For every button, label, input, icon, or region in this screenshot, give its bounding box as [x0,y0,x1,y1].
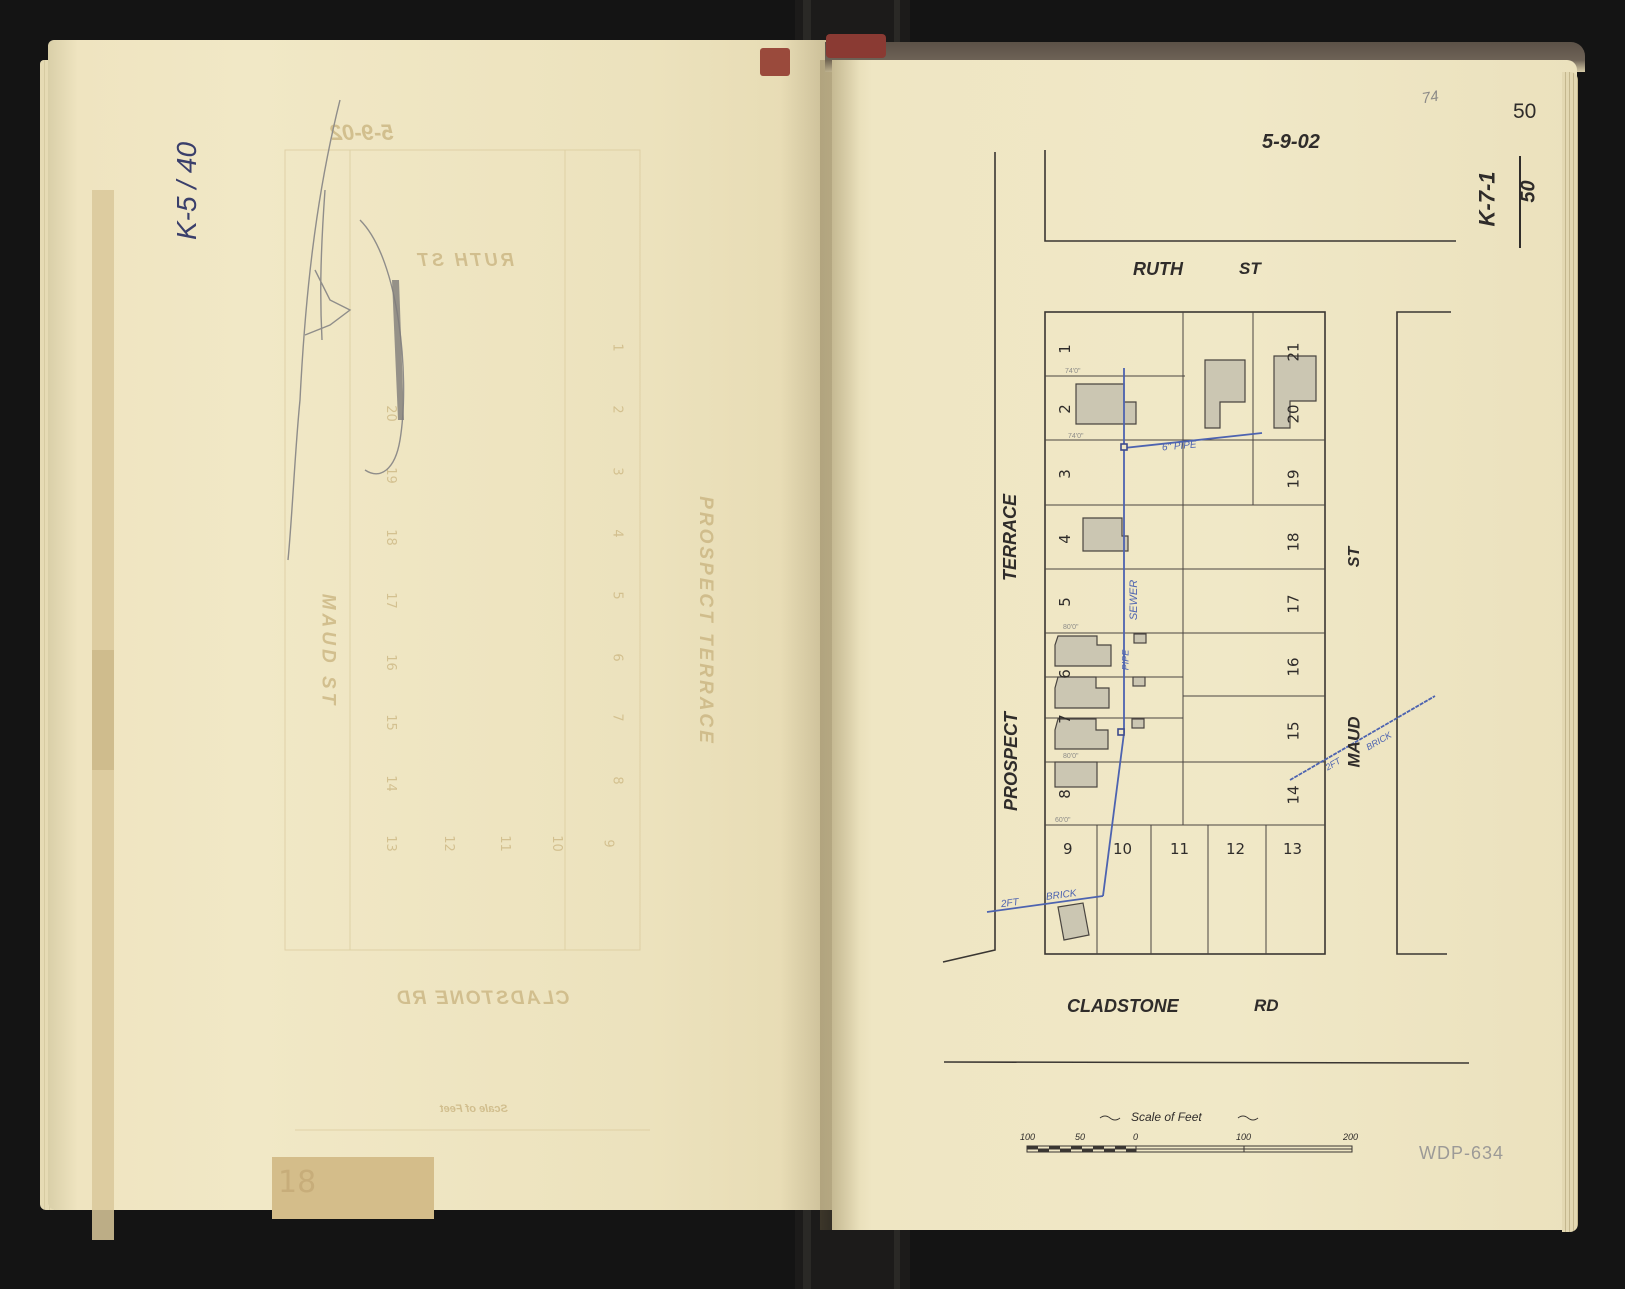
lot-number: 8 [1056,789,1074,799]
street-prospect: PROSPECT [1001,712,1022,811]
pipe-lower-label: PIPE [1120,650,1130,671]
street-cladstone: CLADSTONE [1067,996,1179,1017]
lot-number: 13 [1283,840,1302,858]
sheet-ref-numerator: K-7-1 [1475,171,1501,226]
street-ruth-suffix: ST [1239,259,1261,279]
lot-number: 7 [1056,714,1074,724]
street-cladstone-suffix: RD [1254,996,1279,1016]
lot-number: 2 [1056,404,1074,414]
plat-linework [0,0,1625,1289]
dimension-note: 74'0" [1065,368,1081,375]
lot-number: 15 [1285,721,1303,740]
pencil-sketch [288,100,404,560]
scale-tick-label: 100 [1236,1132,1251,1142]
lot-number: 12 [1226,840,1245,858]
ghost-frame [285,150,650,1130]
scale-bar [1027,1146,1352,1152]
street-ruth: RUTH [1133,259,1183,280]
scale-tick-label: 50 [1075,1132,1085,1142]
manholes [1118,444,1127,735]
street-terrace: TERRACE [1000,494,1021,581]
lot-number: 21 [1285,342,1303,361]
page-number: 50 [1513,100,1536,124]
plat-date: 5-9-02 [1262,131,1320,154]
sheet-ref-denominator: 50 [1518,180,1541,202]
street-lines [943,150,1469,1063]
archive-id: WDP-634 [1419,1143,1504,1164]
lot-number: 1 [1056,344,1074,354]
scale-tick-label: 0 [1133,1132,1138,1142]
sewer-label: SEWER [1128,580,1140,620]
street-maud-suffix: ST [1346,547,1364,567]
dimension-note: 80'0" [1063,624,1079,631]
lot-number: 9 [1063,840,1073,858]
dimension-note: 74'0" [1068,433,1084,440]
scale-tick-label: 200 [1343,1132,1358,1142]
lot-number: 11 [1170,840,1189,858]
street-maud: MAUD [1345,717,1365,768]
lot-number: 19 [1285,469,1303,488]
scale-title: Scale of Feet [1131,1110,1202,1124]
lot-number: 4 [1056,534,1074,544]
lot-number: 18 [1285,532,1303,551]
brick-left-size: 2FT [1000,897,1019,910]
dimension-note: 60'0" [1055,817,1071,824]
lot-number: 16 [1285,657,1303,676]
lot-number: 10 [1113,840,1132,858]
lot-number: 3 [1056,469,1074,479]
lot-number: 5 [1056,597,1074,607]
sheet-reference: K-7-1 50 [1488,150,1548,250]
lot-number: 20 [1285,404,1303,423]
sewer-lines [987,368,1435,912]
lot-number: 6 [1056,669,1074,679]
dimension-note: 80'0" [1063,753,1079,760]
scale-tick-label: 100 [1020,1132,1035,1142]
lot-number: 14 [1285,785,1303,804]
lot-number: 17 [1285,594,1303,613]
pencil-corner-note: 74 [1421,88,1440,108]
